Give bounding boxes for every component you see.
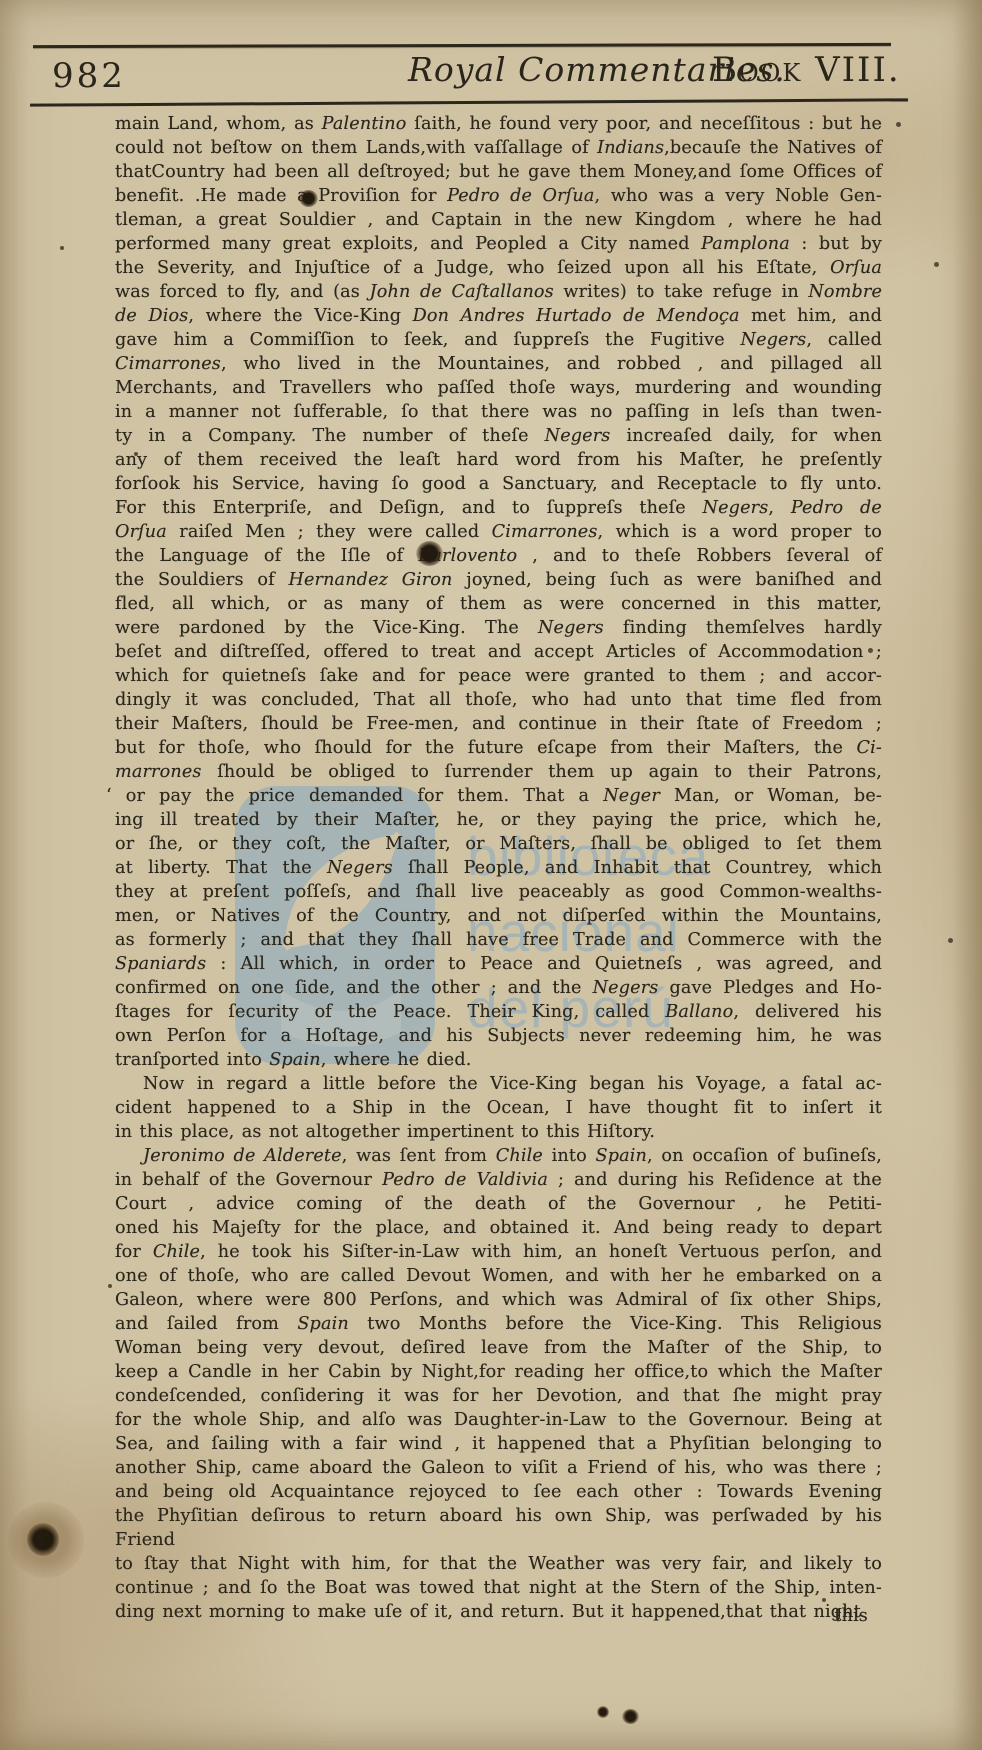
text-line: forſook his Service, having ſo good a Sa… (115, 472, 882, 496)
text-line: the Severity, and Injuſtice of a Judge, … (115, 256, 882, 280)
text-line: the Language of the Iſle of Barlovento ,… (115, 544, 882, 568)
text-line: and ſailed from Spain two Months before … (115, 1312, 882, 1336)
text-line: but for thoſe, who ſhould for the future… (115, 736, 882, 760)
book-page-scan: 982 Royal Commentaries. Book VIII. bibli… (0, 0, 982, 1750)
text-line: own Perſon for a Hoſtage, and his Subjec… (115, 1024, 882, 1048)
ink-blot (597, 1706, 609, 1718)
text-line: tranſported into Spain, where he died. (115, 1048, 882, 1072)
text-line: ing ill treated by their Maſter, he, or … (115, 808, 882, 832)
text-line: main Land, whom, as Palentino ſaith, he … (115, 112, 882, 136)
text-line: performed many great exploits, and Peopl… (115, 232, 882, 256)
text-line: and being old Acquaintance rejoyced to ſ… (115, 1480, 882, 1504)
ink-blot (27, 1523, 59, 1556)
text-line: ‘ or pay the price demanded for them. Th… (115, 784, 882, 808)
text-line: condeſcended, conſidering it was for her… (115, 1384, 882, 1408)
catchword-row: this (115, 1574, 882, 1634)
body-text: main Land, whom, as Palentino ſaith, he … (115, 112, 882, 1624)
text-line: the Phyſitian deſirous to return aboard … (115, 1504, 882, 1552)
text-line: in this place, as not altogether imperti… (115, 1120, 882, 1144)
text-line: to ſtay that Night with him, for that th… (115, 1552, 882, 1576)
text-line: dingly it was concluded, That all thoſe,… (115, 688, 882, 712)
text-line: they at preſent poſſeſs, and ſhall live … (115, 880, 882, 904)
text-line: men, or Natives of the Country, and not … (115, 904, 882, 928)
text-line: Cimarrones, who lived in the Mountaines,… (115, 352, 882, 376)
text-line: Galeon, where were 800 Perſons, and whic… (115, 1288, 882, 1312)
paper-speck (896, 122, 901, 127)
text-line: in a manner not ſufferable, ſo that ther… (115, 400, 882, 424)
text-line: another Ship, came aboard the Galeon to … (115, 1456, 882, 1480)
text-line: as formerly ; and that they ſhall have f… (115, 928, 882, 952)
text-line: at liberty. That the Negers ſhall People… (115, 856, 882, 880)
paper-speck (868, 648, 873, 653)
header-bottom-rule (30, 98, 908, 106)
text-line: in behalf of the Governour Pedro de Vald… (115, 1168, 882, 1192)
text-line: oned his Majeſty for the place, and obta… (115, 1216, 882, 1240)
text-line: Jeronimo de Alderete, was ſent from Chil… (115, 1144, 882, 1168)
text-line: beſet and diſtreſſed, offered to treat a… (115, 640, 882, 664)
text-line: gave him a Commiſſion to ſeek, and ſuppr… (115, 328, 882, 352)
text-line: any of them received the leaſt hard word… (115, 448, 882, 472)
ink-blot (299, 190, 318, 207)
text-line: Orſua raiſed Men ; they were called Cima… (115, 520, 882, 544)
text-line: or ſhe, or they coſt, the Maſter, or Maſ… (115, 832, 882, 856)
paper-speck (822, 1598, 826, 1602)
paper-speck (108, 1284, 112, 1288)
text-line: tleman, a great Souldier , and Captain i… (115, 208, 882, 232)
paper-speck (934, 262, 939, 267)
catchword: this (115, 1604, 882, 1628)
paper-speck (948, 938, 953, 943)
text-line: were pardoned by the Vice-King. The Nege… (115, 616, 882, 640)
text-line: ſtages for ſecurity of the Peace. Their … (115, 1000, 882, 1024)
paper-speck (134, 452, 138, 456)
text-line: Sea, and ſailing with a fair wind , it h… (115, 1432, 882, 1456)
book-number-label: Book VIII. (712, 50, 901, 90)
text-line: Court , advice coming of the death of th… (115, 1192, 882, 1216)
text-line: the Souldiers of Hernandez Giron joyned,… (115, 568, 882, 592)
text-line: cident happened to a Ship in the Ocean, … (115, 1096, 882, 1120)
text-line: marrones ſhould be obliged to ſurrender … (115, 760, 882, 784)
text-line: for Chile, he took his Siſter-in-Law wit… (115, 1240, 882, 1264)
text-line: confirmed on one ſide, and the other ; a… (115, 976, 882, 1000)
text-line: de Dios, where the Vice-King Don Andres … (115, 304, 882, 328)
ink-blot (622, 1709, 639, 1724)
paper-speck (60, 246, 64, 250)
text-line: For this Enterpriſe, and Deſign, and to … (115, 496, 882, 520)
text-line: benefit. .He made a Proviſion for Pedro … (115, 184, 882, 208)
text-line: which for quietneſs ſake and for peace w… (115, 664, 882, 688)
text-line: Now in regard a little before the Vice-K… (115, 1072, 882, 1096)
text-line: ty in a Company. The number of theſe Neg… (115, 424, 882, 448)
text-line: for the whole Ship, and alſo was Daughte… (115, 1408, 882, 1432)
page-number: 982 (52, 56, 126, 96)
text-line: Woman being very devout, deſired leave f… (115, 1336, 882, 1360)
text-line: their Maſters, ſhould be Free-men, and c… (115, 712, 882, 736)
text-line: thatCountry had been all deſtroyed; but … (115, 160, 882, 184)
text-line: one of thoſe, who are called Devout Wome… (115, 1264, 882, 1288)
header-top-rule (33, 43, 891, 48)
ink-blot (416, 541, 443, 566)
text-line: was forced to fly, and (as John de Caſta… (115, 280, 882, 304)
text-line: Spaniards : All which, in order to Peace… (115, 952, 882, 976)
text-line: Merchants, and Travellers who paſſed tho… (115, 376, 882, 400)
text-line: fled, all which, or as many of them as w… (115, 592, 882, 616)
text-line: could not beſtow on them Lands,with vaſſ… (115, 136, 882, 160)
text-line: keep a Candle in her Cabin by Night,for … (115, 1360, 882, 1384)
